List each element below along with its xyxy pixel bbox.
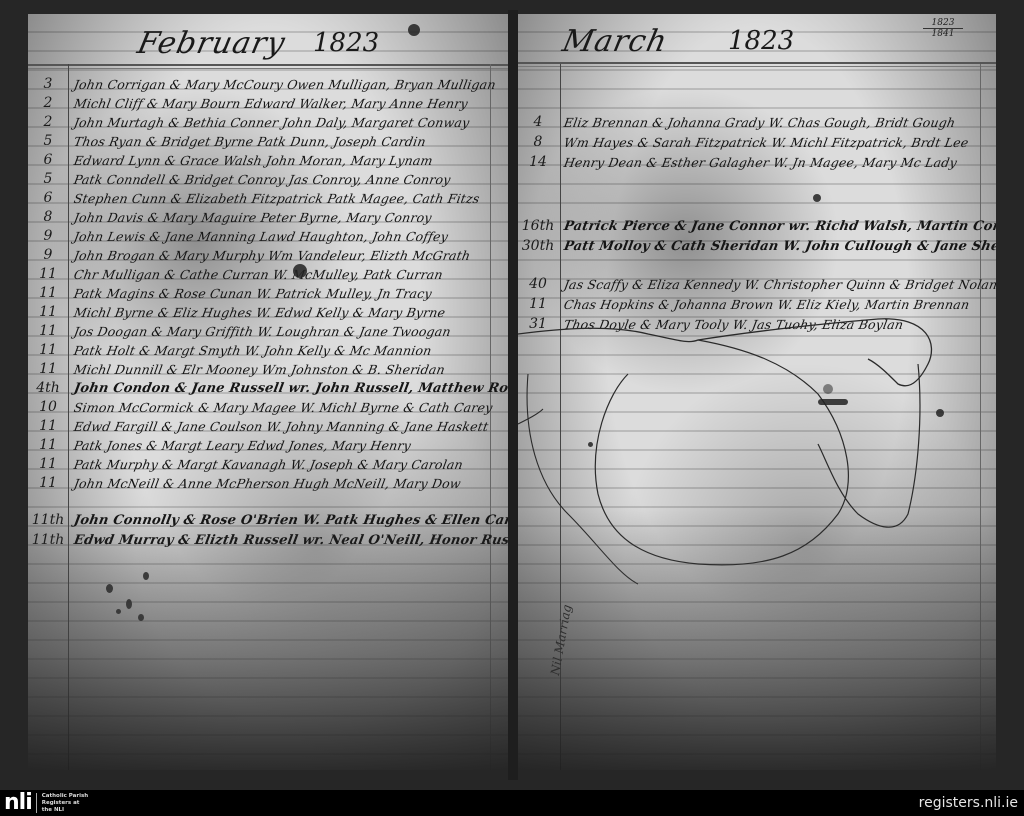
logo-text-line: Registers at (42, 800, 88, 807)
entry-text: John Connolly & Rose O'Brien W. Patk Hug… (67, 513, 508, 528)
entry-day: 5 (28, 133, 68, 149)
ink-blot (588, 442, 593, 447)
register-entry: 11Michl Byrne & Eliz Hughes W. Edwd Kell… (28, 302, 508, 320)
entry-day: 11th (28, 532, 68, 548)
viewer-footer-bar: nli Catholic Parish Registers at the NLI… (0, 790, 1024, 816)
nli-logo[interactable]: nli Catholic Parish Registers at the NLI (4, 792, 88, 814)
register-entry: 6Edward Lynn & Grace Walsh John Moran, M… (28, 150, 508, 168)
entry-text: John Condon & Jane Russell wr. John Russ… (67, 381, 508, 396)
book-spine (508, 10, 518, 780)
entry-text: Michl Cliff & Mary Bourn Edward Walker, … (67, 96, 508, 111)
register-entry: 11Chr Mulligan & Cathe Curran W. McMulle… (28, 264, 508, 282)
nli-logo-mark: nli (4, 792, 32, 814)
register-entry: 3John Corrigan & Mary McCoury Owen Mulli… (28, 74, 508, 92)
entry-day: 9 (28, 228, 68, 244)
logo-text-line: the NLI (42, 807, 88, 814)
register-entry: 11Patk Jones & Margt Leary Edwd Jones, M… (28, 435, 508, 453)
entry-text: Patk Holt & Margt Smyth W. John Kelly & … (67, 343, 508, 358)
ink-blot (293, 264, 307, 278)
ink-blot (408, 24, 420, 36)
entry-day: 9 (28, 247, 68, 263)
month-heading: February (134, 26, 288, 61)
register-entry: 2John Murtagh & Bethia Conner John Daly,… (28, 112, 508, 130)
entry-text: Thos Ryan & Bridget Byrne Patk Dunn, Jos… (67, 134, 508, 149)
register-entry: 9John Lewis & Jane Manning Lawd Haughton… (28, 226, 508, 244)
entry-text: Patk Murphy & Margt Kavanagh W. Joseph &… (67, 457, 508, 472)
ink-blot (823, 384, 833, 394)
register-page-left: February 1823 3John Corrigan & Mary McCo… (28, 14, 508, 770)
entry-day: 8 (28, 209, 68, 225)
entry-day: 11 (28, 342, 68, 358)
entry-day: 11 (28, 456, 68, 472)
entry-day: 2 (28, 95, 68, 111)
ink-blot (116, 609, 121, 614)
ink-blot (818, 399, 848, 405)
entry-text: Simon McCormick & Mary Magee W. Michl By… (67, 400, 508, 415)
register-entry: 11Michl Dunnill & Elr Mooney Wm Johnston… (28, 359, 508, 377)
register-entry: 11Patk Holt & Margt Smyth W. John Kelly … (28, 340, 508, 358)
entry-text: Edward Lynn & Grace Walsh John Moran, Ma… (67, 153, 508, 168)
register-entry: 11Patk Murphy & Margt Kavanagh W. Joseph… (28, 454, 508, 472)
register-entry: 11thEdwd Murray & Elizth Russell wr. Nea… (28, 530, 508, 548)
register-entry: 11Patk Magins & Rose Cunan W. Patrick Mu… (28, 283, 508, 301)
pen-scribble (518, 14, 996, 770)
register-entry: 11John McNeill & Anne McPherson Hugh McN… (28, 473, 508, 491)
entry-text: Michl Dunnill & Elr Mooney Wm Johnston &… (67, 362, 508, 377)
entry-text: John Lewis & Jane Manning Lawd Haughton,… (67, 229, 508, 244)
register-entry: 11thJohn Connolly & Rose O'Brien W. Patk… (28, 510, 508, 528)
entry-text: John Davis & Mary Maguire Peter Byrne, M… (67, 210, 508, 225)
entry-text: Edwd Murray & Elizth Russell wr. Neal O'… (67, 533, 508, 548)
register-entry: 10Simon McCormick & Mary Magee W. Michl … (28, 397, 508, 415)
nli-logo-text: Catholic Parish Registers at the NLI (42, 793, 88, 814)
ink-blot (126, 599, 132, 609)
register-entry: 11Edwd Fargill & Jane Coulson W. Johny M… (28, 416, 508, 434)
year-heading: 1823 (313, 28, 379, 58)
ink-blot (106, 584, 113, 593)
ink-blot (138, 614, 144, 621)
register-entry: 2Michl Cliff & Mary Bourn Edward Walker,… (28, 93, 508, 111)
entry-day: 4th (28, 380, 68, 396)
entry-day: 2 (28, 114, 68, 130)
entry-text: John Murtagh & Bethia Conner John Daly, … (67, 115, 508, 130)
register-entry: 11Jos Doogan & Mary Griffith W. Loughran… (28, 321, 508, 339)
site-url-link[interactable]: registers.nli.ie (919, 795, 1018, 811)
logo-divider (36, 793, 37, 813)
header-rule (28, 64, 508, 66)
register-entry: 6Stephen Cunn & Elizabeth Fitzpatrick Pa… (28, 188, 508, 206)
register-entry: 8John Davis & Mary Maguire Peter Byrne, … (28, 207, 508, 225)
entry-day: 11 (28, 323, 68, 339)
entry-text: Michl Byrne & Eliz Hughes W. Edwd Kelly … (67, 305, 508, 320)
entry-text: Patk Magins & Rose Cunan W. Patrick Mull… (67, 286, 508, 301)
register-scan-image: February 1823 3John Corrigan & Mary McCo… (0, 0, 1024, 790)
entry-day: 11 (28, 418, 68, 434)
entry-day: 11 (28, 437, 68, 453)
header-rule (28, 68, 508, 69)
entry-text: John McNeill & Anne McPherson Hugh McNei… (67, 476, 508, 491)
entry-text: Jos Doogan & Mary Griffith W. Loughran &… (67, 324, 508, 339)
entry-text: Chr Mulligan & Cathe Curran W. McMulley,… (67, 267, 508, 282)
entry-text: Patk Conndell & Bridget Conroy Jas Conro… (67, 172, 508, 187)
entry-day: 5 (28, 171, 68, 187)
entry-day: 10 (28, 399, 68, 415)
ink-blot (813, 194, 821, 202)
register-entry: 5Patk Conndell & Bridget Conroy Jas Conr… (28, 169, 508, 187)
register-page-right: March 1823 1823 1841 4Eliz Brennan & Joh… (518, 14, 996, 770)
entry-day: 11 (28, 304, 68, 320)
register-entry: 4thJohn Condon & Jane Russell wr. John R… (28, 378, 508, 396)
entry-day: 11 (28, 285, 68, 301)
entry-day: 11 (28, 266, 68, 282)
register-entry: 5Thos Ryan & Bridget Byrne Patk Dunn, Jo… (28, 131, 508, 149)
entry-text: Edwd Fargill & Jane Coulson W. Johny Man… (67, 419, 508, 434)
entry-day: 11 (28, 361, 68, 377)
logo-text-line: Catholic Parish (42, 793, 88, 800)
entry-day: 11 (28, 475, 68, 491)
entry-text: Patk Jones & Margt Leary Edwd Jones, Mar… (67, 438, 508, 453)
entry-day: 6 (28, 190, 68, 206)
ink-blot (936, 409, 944, 417)
entry-day: 6 (28, 152, 68, 168)
entry-day: 11th (28, 512, 68, 528)
entry-day: 3 (28, 76, 68, 92)
entry-text: John Brogan & Mary Murphy Wm Vandeleur, … (67, 248, 508, 263)
ink-blot (143, 572, 149, 580)
register-entry: 9John Brogan & Mary Murphy Wm Vandeleur,… (28, 245, 508, 263)
entry-text: John Corrigan & Mary McCoury Owen Mullig… (67, 77, 508, 92)
entry-text: Stephen Cunn & Elizabeth Fitzpatrick Pat… (67, 191, 508, 206)
